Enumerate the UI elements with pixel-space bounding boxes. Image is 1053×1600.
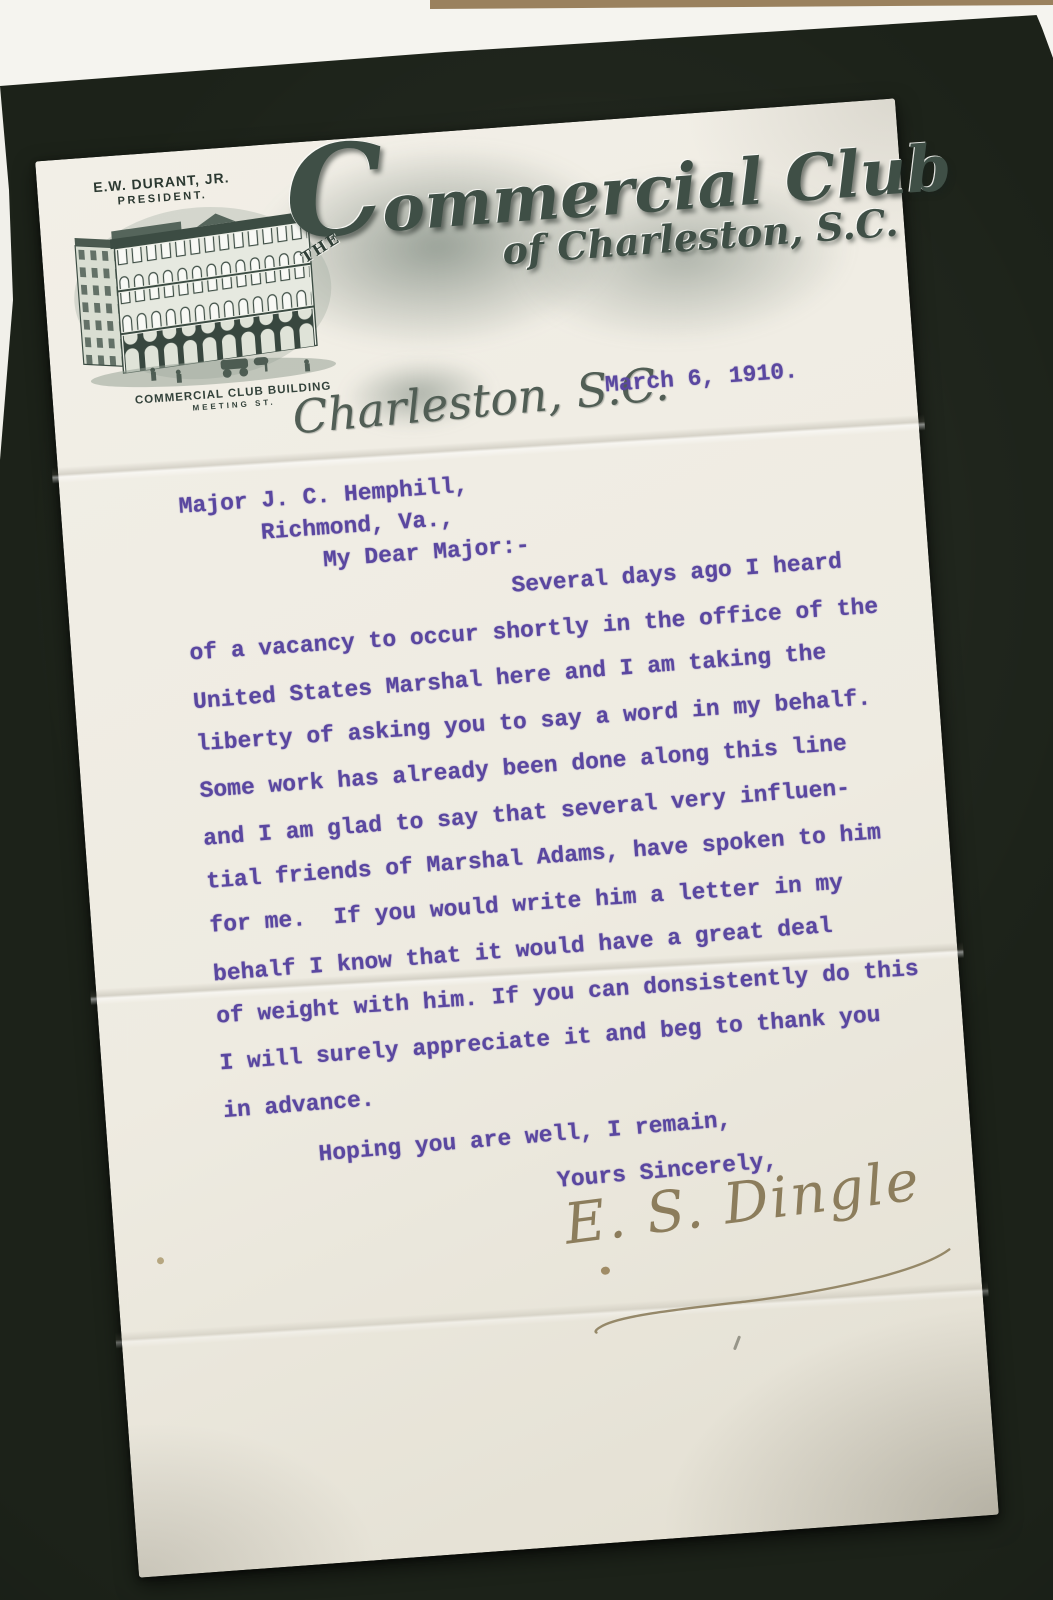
stray-pen-mark bbox=[733, 1335, 741, 1350]
letterhead-title: THE Commercial Club of Charleston, S.C. bbox=[243, 138, 904, 292]
signature-flourish bbox=[584, 1243, 963, 1336]
letter-body: Several days ago I heardof a vacancy to … bbox=[185, 534, 959, 1132]
letter-page: E.W. DURANT, JR. PRESIDENT. bbox=[35, 98, 999, 1577]
paper-stain bbox=[157, 1257, 164, 1264]
dateline-place: Charleston, S.C. bbox=[290, 356, 671, 444]
